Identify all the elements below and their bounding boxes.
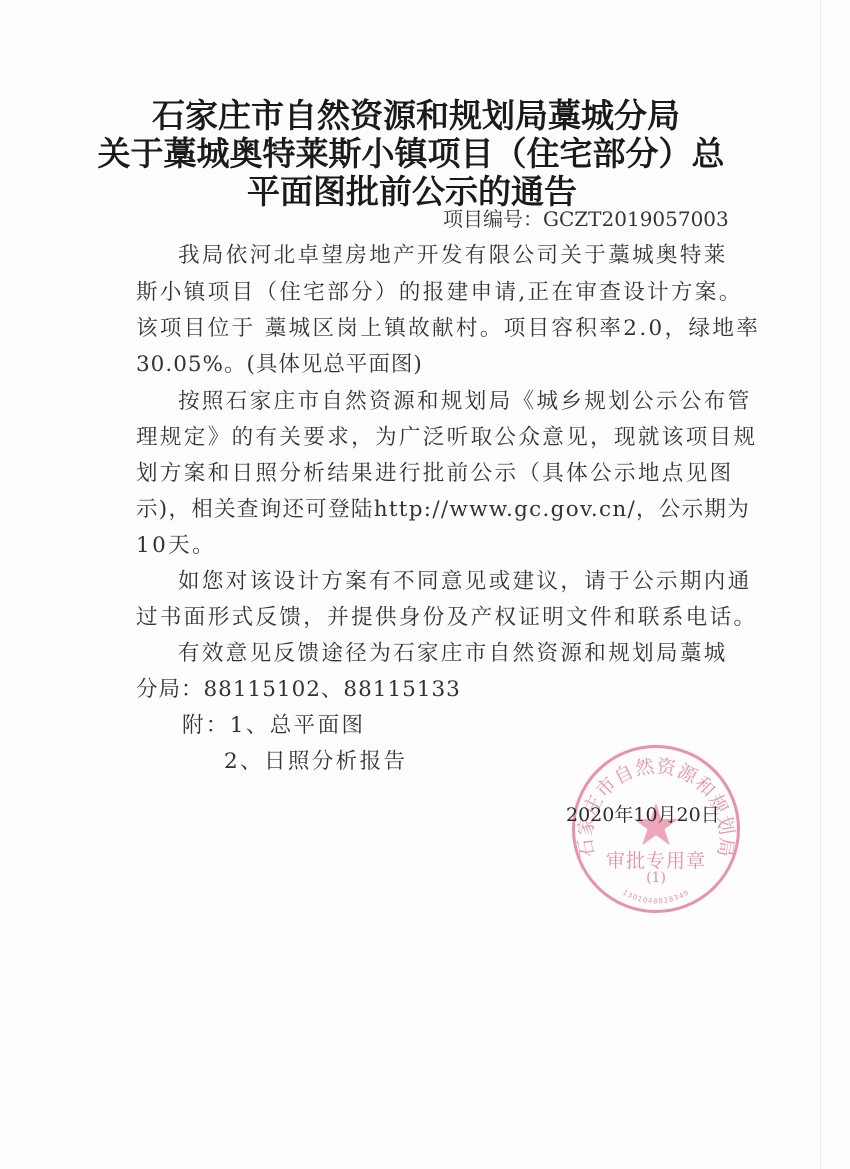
attachment-2: 2、日照分析报告	[224, 744, 407, 775]
project-number: 项目编号：GCZT2019057003	[443, 203, 729, 232]
svg-text:1301048828349: 1301048828349	[621, 888, 690, 905]
paragraph-2-line-1: 按照石家庄市自然资源和规划局《城乡规划公示公布管	[178, 384, 752, 415]
paragraph-2-line-4: 示)，相关查询还可登陆http://www.gc.gov.cn/，公示期为	[136, 492, 750, 523]
attachment-1: 附：1、总平面图	[182, 708, 365, 739]
paragraph-4-line-2: 分局：88115102、88115133	[136, 672, 461, 703]
paragraph-1-line-3: 该项目位于 藁城区岗上镇故献村。项目容积率2.0，绿地率	[136, 311, 760, 342]
stamp-number: (1)	[575, 870, 737, 886]
paragraph-2-line-5: 10天。	[136, 528, 216, 559]
paragraph-1-line-2: 斯小镇项目（住宅部分）的报建申请,正在审查设计方案。	[136, 275, 743, 306]
paragraph-2-line-3: 划方案和日照分析结果进行批前公示（具体公示地点见图	[136, 456, 734, 487]
paragraph-1-line-1: 我局依河北卓望房地产开发有限公司关于藁城奥特莱	[178, 238, 728, 269]
paragraph-4-line-1: 有效意见反馈途径为石家庄市自然资源和规划局藁城	[178, 636, 728, 667]
document-page: 石家庄市自然资源和规划局藁城分局 关于藁城奥特莱斯小镇项目（住宅部分）总 平面图…	[0, 0, 850, 1169]
issue-date: 2020年10月20日	[566, 800, 720, 827]
official-seal-stamp: 石家庄市自然资源和规划局 1301048828349 ★ 审批专用章 (1)	[572, 745, 740, 913]
paragraph-3-line-1: 如您对该设计方案有不同意见或建议，请于公示期内通	[178, 564, 752, 595]
paragraph-2-line-2: 理规定》的有关要求，为广泛听取公众意见，现就该项目规	[136, 420, 757, 451]
paragraph-3-line-2: 过书面形式反馈，并提供身份及产权证明文件和联系电话。	[136, 600, 757, 631]
stamp-label: 审批专用章	[575, 846, 737, 873]
paragraph-1-line-4: 30.05%。(具体见总平面图)	[136, 347, 423, 378]
